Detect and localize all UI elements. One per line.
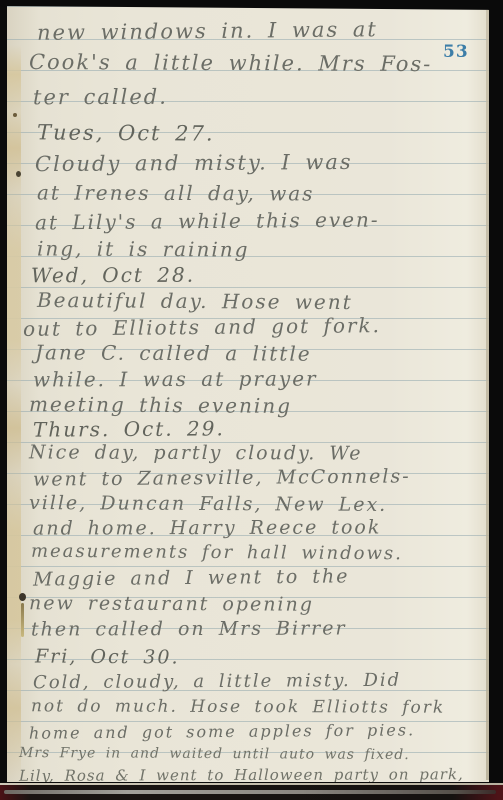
diary-line: Cook's a little while. Mrs Fos-	[29, 50, 432, 76]
entry-date-line: Thurs. Oct. 29.	[33, 416, 225, 441]
entry-date-line: Wed, Oct 28.	[31, 263, 195, 288]
diary-line: Maggie and I went to the	[33, 565, 350, 590]
diary-line: Mrs Frye in and waited until auto was fi…	[19, 745, 410, 763]
diary-line: then called on Mrs Birrer	[31, 617, 347, 640]
page-bottom-edge	[0, 783, 503, 785]
diary-line: Lily, Rosa & I went to Halloween party o…	[19, 765, 464, 782]
diary-line: while. I was at prayer	[33, 367, 318, 392]
diary-line: not do much. Hose took Elliotts fork	[31, 696, 445, 717]
diary-line: Nice day, partly cloudy. We	[29, 441, 363, 464]
binding-edge	[7, 45, 21, 782]
diary-line: ing, it is raining	[37, 236, 250, 261]
book-cover-edge-bottom	[0, 783, 503, 800]
diary-line: at Irenes all day, was	[37, 181, 315, 206]
stain	[16, 171, 21, 177]
diary-line: Cloudy and misty. I was	[35, 150, 353, 176]
diary-line: Jane C. called a little	[35, 340, 312, 365]
entry-date-line: Tues, Oct 27.	[37, 120, 215, 145]
diary-book: new windows in. I was atCook's a little …	[0, 0, 503, 800]
diary-line: Beautiful day. Hose went	[37, 288, 353, 314]
diary-line: new restaurant opening	[29, 592, 314, 615]
diary-line: ter called.	[33, 85, 168, 109]
diary-line: ville, Duncan Falls, New Lex.	[29, 492, 387, 516]
cover-metal-strip	[4, 790, 496, 794]
stain	[13, 113, 17, 117]
diary-line: home and got some apples for pies.	[29, 720, 415, 742]
binding-thread	[21, 603, 24, 637]
diary-line: went to Zanesville, McConnels-	[33, 465, 411, 490]
diary-line: Cold, cloudy, a little misty. Did	[33, 670, 401, 694]
diary-line: meeting this evening	[29, 392, 292, 418]
entry-date-line: Fri, Oct 30.	[35, 645, 180, 668]
diary-line: measurements for hall windows.	[31, 541, 403, 565]
diary-line: and home. Harry Reece took	[33, 516, 381, 539]
page-number: 53	[443, 42, 469, 62]
notebook-page: new windows in. I was atCook's a little …	[7, 5, 489, 782]
diary-line: new windows in. I was at	[37, 17, 378, 45]
stain	[19, 593, 26, 601]
diary-line: out to Elliotts and got fork.	[23, 313, 381, 341]
book-cover-edge-right	[489, 0, 503, 800]
diary-line: at Lily's a while this even-	[35, 207, 380, 234]
